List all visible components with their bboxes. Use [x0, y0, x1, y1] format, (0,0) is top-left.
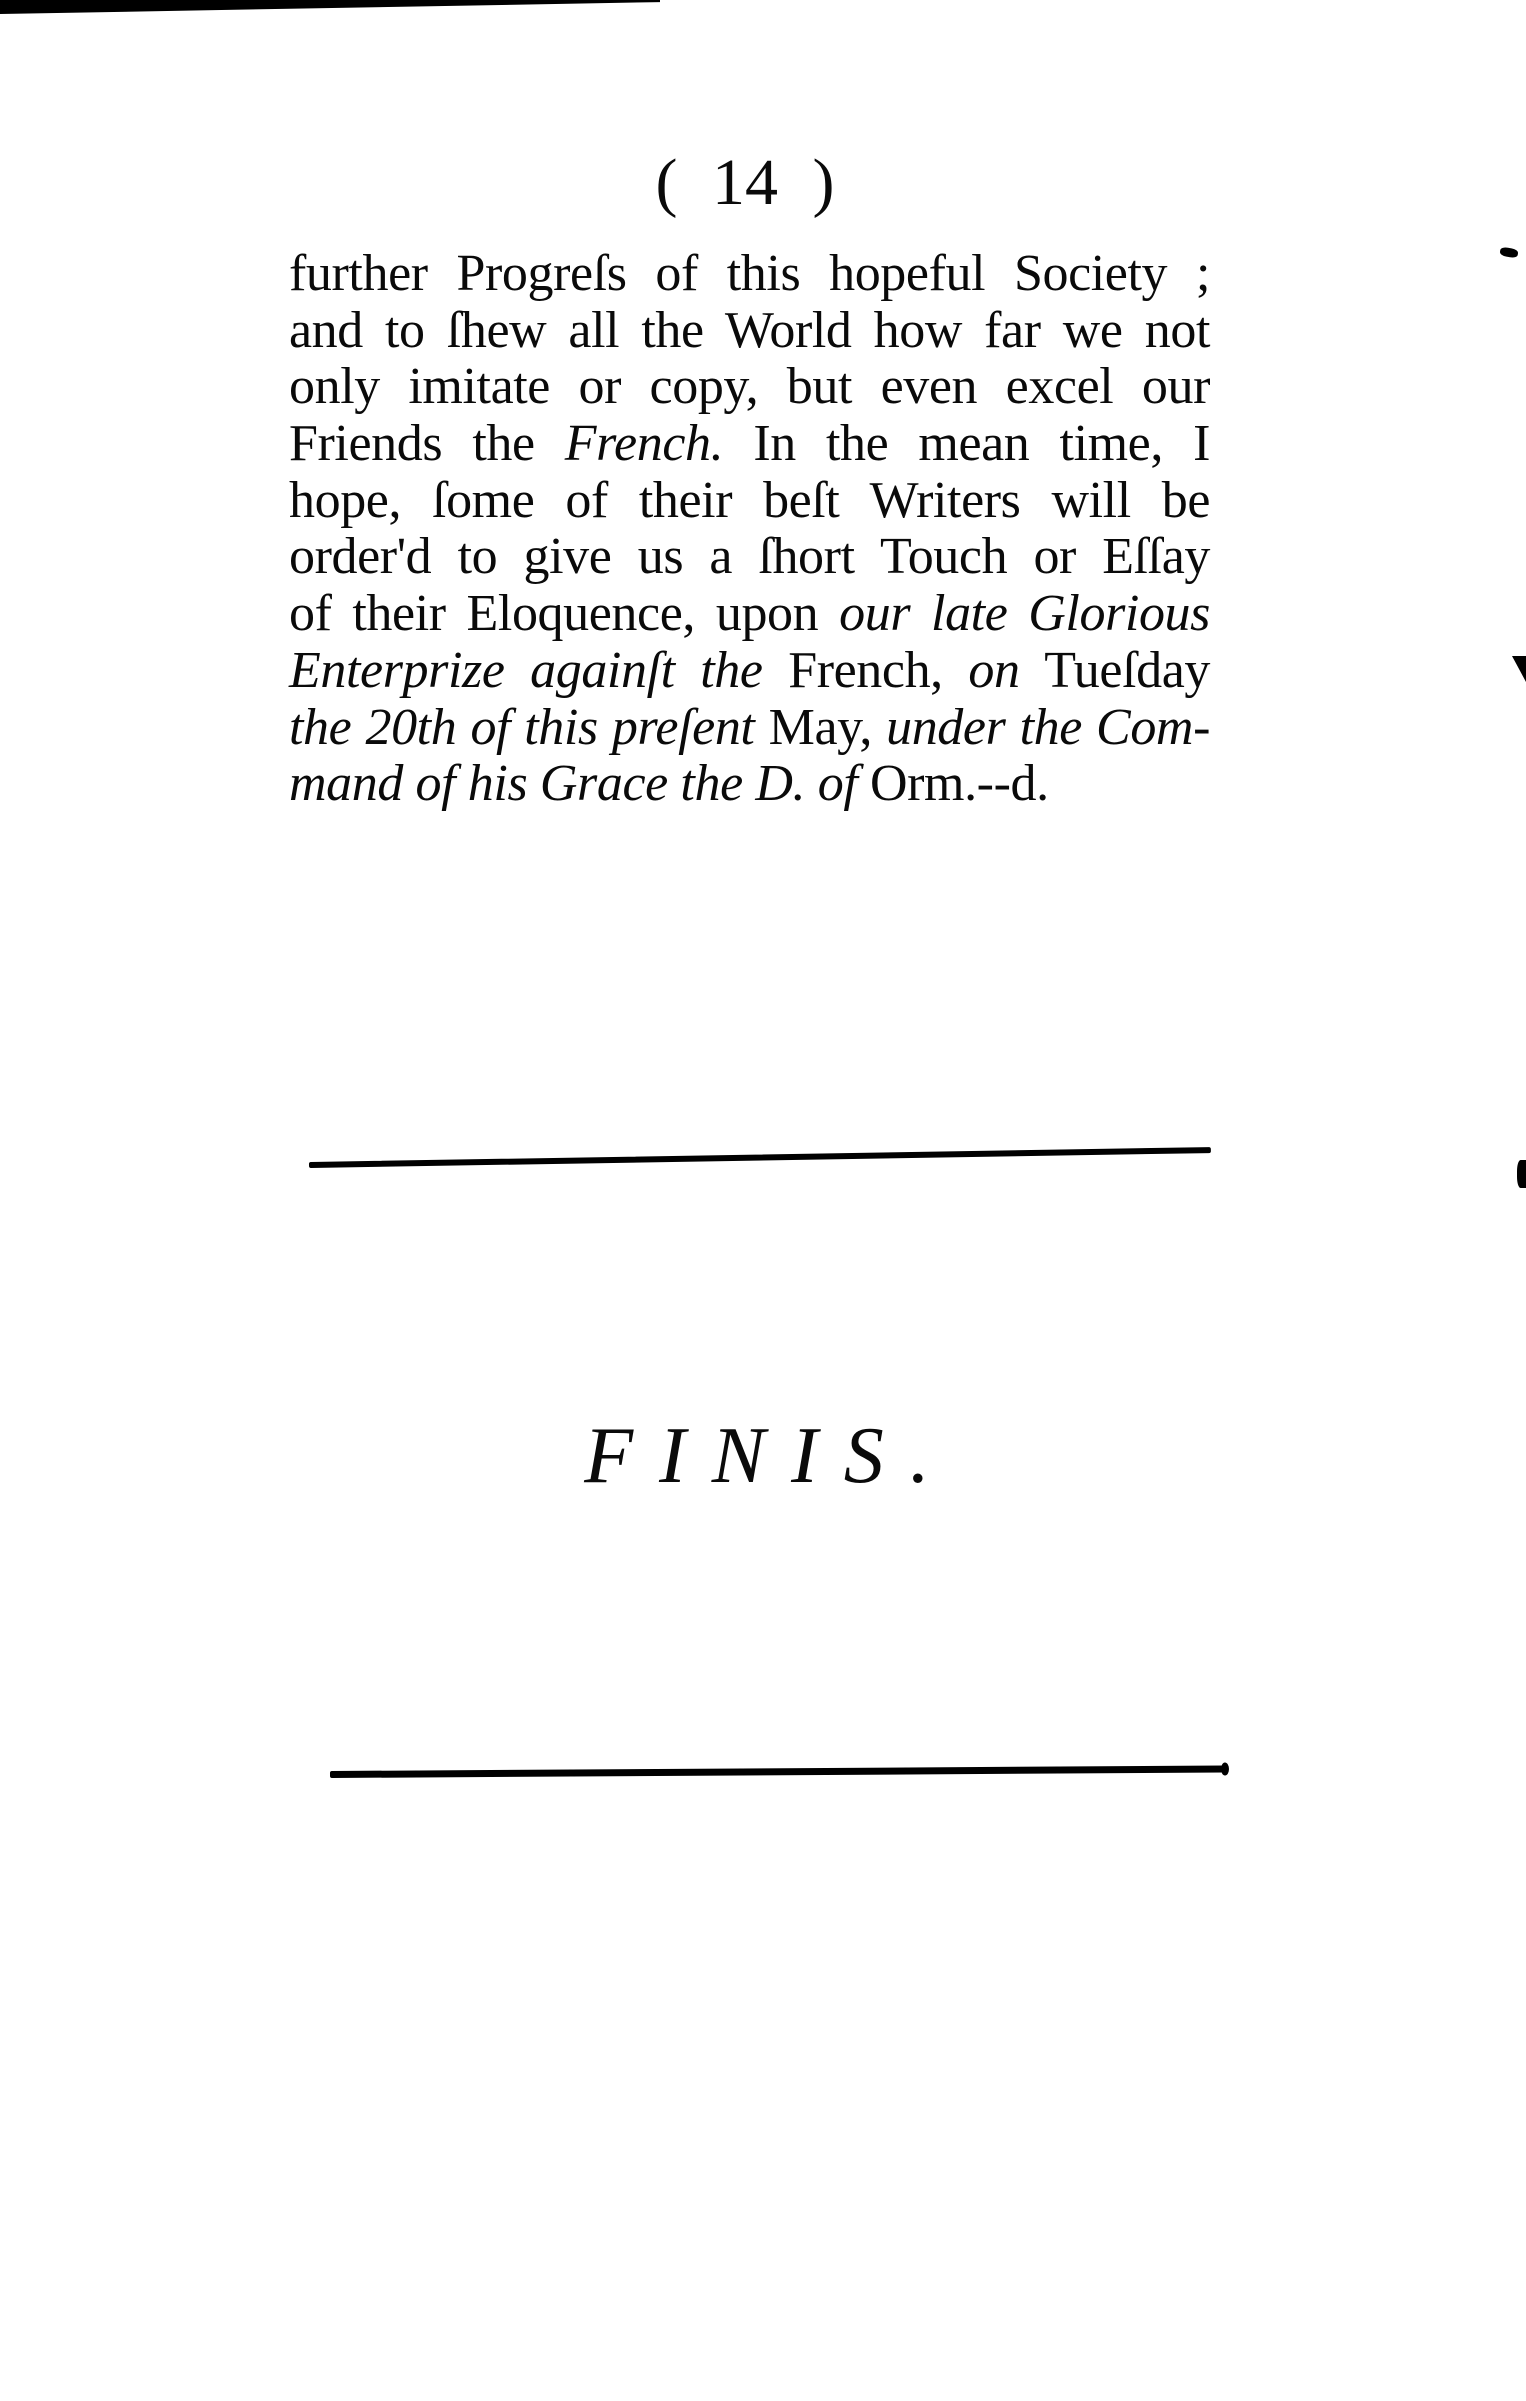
scan-artifact: [1517, 1160, 1526, 1188]
italic-run: our late Glorious: [839, 585, 1210, 642]
horizontal-rule-top: [309, 1147, 1211, 1168]
scan-artifact: [1512, 656, 1526, 682]
horizontal-rule-bottom: [330, 1766, 1226, 1778]
italic-run: the 20th of this preſent: [289, 699, 769, 756]
scan-edge-shadow: [0, 0, 660, 14]
scan-artifact: [1499, 247, 1518, 259]
finis-heading: FINIS.: [560, 1408, 980, 1504]
text-line-6: order'd to give us a ſhort Touch or Eſſa…: [289, 529, 1210, 586]
text-line-1: further Progreſs of this hopeful Society…: [289, 246, 1210, 303]
text-line-3: only imitate or copy, but even excel our: [289, 359, 1210, 416]
text-line-10: mand of his Grace the D. of Orm.--d.: [289, 756, 1210, 813]
page-number: ( 14 ): [600, 143, 890, 223]
text-line-2: and to ſhew all the World how far we not: [289, 303, 1210, 360]
italic-run: under the Com-: [886, 699, 1210, 756]
italic-run: French.: [565, 415, 723, 472]
italic-run: Enterprize againſt the: [289, 642, 788, 699]
text-line-5: hope, ſome of their beſt Writers will be: [289, 473, 1210, 530]
italic-run: on: [968, 642, 1019, 699]
text-line-9: the 20th of this preſent May, under the …: [289, 700, 1210, 757]
text-line-7: of their Eloquence, upon our late Glorio…: [289, 586, 1210, 643]
text-line-8: Enterprize againſt the French, on Tueſda…: [289, 643, 1210, 700]
body-paragraph: further Progreſs of this hopeful Society…: [289, 246, 1210, 813]
italic-run: mand of his Grace the D. of: [289, 755, 870, 812]
text-line-4: Friends the French. In the mean time, I: [289, 416, 1210, 473]
document-page: ( 14 ) further Progreſs of this hopeful …: [0, 0, 1526, 2401]
